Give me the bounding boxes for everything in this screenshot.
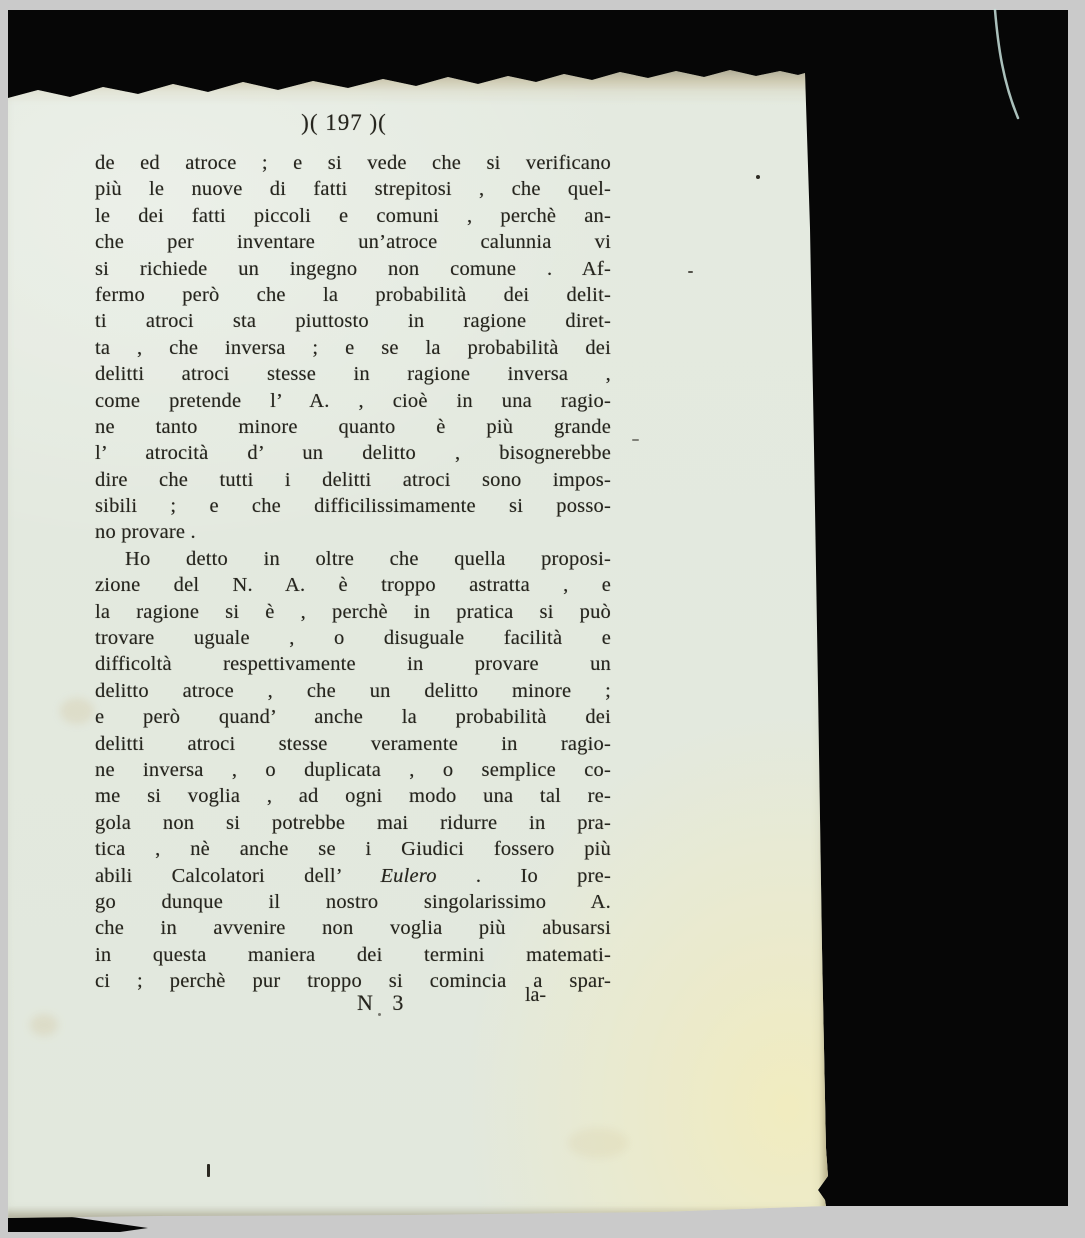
text-line: si richiede un ingegno non comune . Af- — [95, 256, 611, 282]
text-line: tica , nè anche se i Giudici fossero più — [95, 836, 611, 862]
text-line: in questa maniera dei termini matemati- — [95, 942, 611, 968]
paper-stain — [60, 698, 94, 724]
text-line: come pretende l’ A. , cioè in una ragio- — [95, 388, 611, 414]
body-lines: de ed atroce ; e si vede che si verifica… — [95, 150, 611, 995]
text-line: sibili ; e che difficilissimamente si po… — [95, 493, 611, 519]
text-line: che per inventare un’atroce calunnia vi — [95, 229, 611, 255]
text-line: ti atroci sta piuttosto in ragione diret… — [95, 308, 611, 334]
text-line: la ragione si è , perchè in pratica si p… — [95, 599, 611, 625]
text-line: me si voglia , ad ogni modo una tal re- — [95, 783, 611, 809]
ink-speck — [756, 175, 760, 179]
text-line: l’ atrocità d’ un delitto , bisognerebbe — [95, 440, 611, 466]
text-line: de ed atroce ; e si vede che si verifica… — [95, 150, 611, 176]
text-line: ta , che inversa ; e se la probabilità d… — [95, 335, 611, 361]
text-line: no provare . — [95, 519, 611, 545]
text-line: che in avvenire non voglia più abusarsi — [95, 915, 611, 941]
text-line: go dunque il nostro singolarissimo A. — [95, 889, 611, 915]
text-line: le dei fatti piccoli e comuni , perchè a… — [95, 203, 611, 229]
text-line: difficoltà respettivamente in provare un — [95, 651, 611, 677]
text-line: delitti atroci stesse veramente in ragio… — [95, 731, 611, 757]
scan-area: )( 197 )( de ed atroce ; e si vede che s… — [0, 0, 1085, 1238]
catchword: la- — [525, 984, 546, 1007]
gathering-signature: N 3 — [357, 990, 403, 1016]
text-line: Ho detto in oltre che quella proposi- — [95, 546, 611, 572]
text-line: trovare uguale , o disuguale facilità e — [95, 625, 611, 651]
text-line: più le nuove di fatti strepitosi , che q… — [95, 176, 611, 202]
ink-speck — [632, 439, 639, 441]
text-line: abili Calcolatori dell’ Eulero . Io pre- — [95, 863, 611, 889]
page-number-header: )( 197 )( — [95, 110, 611, 136]
text-line: delitto atroce , che un delitto minore ; — [95, 678, 611, 704]
text-line: fermo però che la probabilità dei delit- — [95, 282, 611, 308]
text-line: e però quand’ anche la probabilità dei — [95, 704, 611, 730]
text-line: delitti atroci stesse in ragione inversa… — [95, 361, 611, 387]
paper-stain — [30, 1014, 58, 1036]
adjacent-page-edge-highlight — [988, 8, 1032, 124]
text-block: )( 197 )( de ed atroce ; e si vede che s… — [95, 68, 611, 1218]
text-line: gola non si potrebbe mai ridurre in pra- — [95, 810, 611, 836]
book-page: )( 197 )( de ed atroce ; e si vede che s… — [8, 68, 828, 1218]
ink-speck — [688, 271, 693, 273]
text-line: zione del N. A. è troppo astratta , e — [95, 572, 611, 598]
text-line: ne inversa , o duplicata , o semplice co… — [95, 757, 611, 783]
text-line: dire che tutti i delitti atroci sono imp… — [95, 467, 611, 493]
text-line: ne tanto minore quanto è più grande — [95, 414, 611, 440]
